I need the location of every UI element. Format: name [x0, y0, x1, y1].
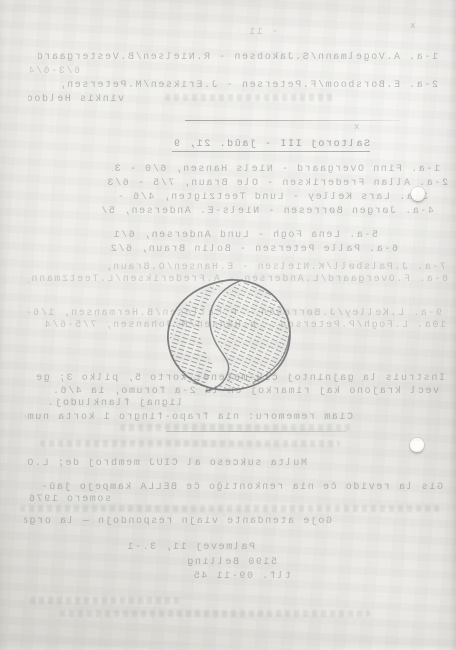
punch-hole: [411, 187, 425, 201]
ink-smudge: [60, 610, 370, 617]
bleed-result-line: 1-a. Finn Overgaard - Niels Hansen, 6/0 …: [112, 164, 440, 175]
stray-pen-mark: x: [354, 122, 359, 132]
bleed-line: 2-a. E.Borsboom/F.Petersen - J.Eriksen/M…: [56, 80, 438, 91]
scanned-page: - 11 - x 1-a. A.Vogelmann/S.Jakobsen - R…: [0, 0, 456, 650]
bleed-closing-line: Ĝoje atendante viajn respondojn — la org…: [24, 516, 332, 527]
bleed-paragraph-line: Ĉiam rememoru: nia frapo-fingro 1 korta …: [25, 412, 353, 423]
bleed-note-line: Ĝis la revido ĉe nia renkontiĝo ĉe BELLA…: [25, 482, 443, 493]
bleed-line: 1-a. A.Vogelmann/S.Jakobsen - R.Nielsen/…: [38, 52, 438, 63]
bleed-paragraph-line: lignaj flankludoj.: [25, 398, 183, 409]
bleed-result-line: 5-a. Lena Fogh - Lund Andersen, 6/1 - 6/…: [110, 230, 378, 241]
bleed-result-line: 4-a. Jørgen Børresen - Niels-E. Andersen…: [102, 206, 434, 217]
bleed-address-line: 5190 Bellinge;: [187, 557, 277, 568]
bleed-address-line: tlf. 09-11 45 15.: [187, 571, 291, 582]
page-number: - 11 -: [238, 27, 278, 38]
typed-divider-line: [185, 120, 400, 121]
ink-smudge: [20, 505, 440, 512]
stray-pen-mark: x: [410, 21, 415, 31]
typed-divider-line: [166, 431, 346, 432]
punch-hole: [410, 438, 424, 452]
bleed-result-line: 2-a. Allan Frederiksen - Ole Braun, 7/5 …: [98, 178, 448, 189]
bleed-result-line: 3-a. Lars Kelley - Lund Teetzigten, 4/6 …: [110, 192, 428, 203]
bleed-note-line: somero 1976.: [25, 494, 111, 505]
bleed-address-line: Palmevej 11, 3.-15.: [127, 542, 255, 553]
ink-smudge: [165, 94, 335, 101]
ink-smudge: [30, 597, 180, 604]
tennis-ball-sketch: [156, 272, 302, 396]
bleed-heading: Saltoroj III - ĵaŭd. 21, 9-a:: [172, 139, 370, 152]
bleed-line: 6/3-6/4.: [30, 66, 80, 77]
bleed-line: vinkis Heldoorn: [28, 94, 124, 105]
bleed-note-line: Multa sukceso al ĈIUJ membroj de; L.Over…: [25, 458, 307, 469]
ink-smudge: [120, 424, 350, 431]
ink-smudge: [40, 440, 340, 447]
bleed-result-line: 6-a. Palle Petersen - Bolin Braun, 6/2 -…: [110, 244, 398, 255]
